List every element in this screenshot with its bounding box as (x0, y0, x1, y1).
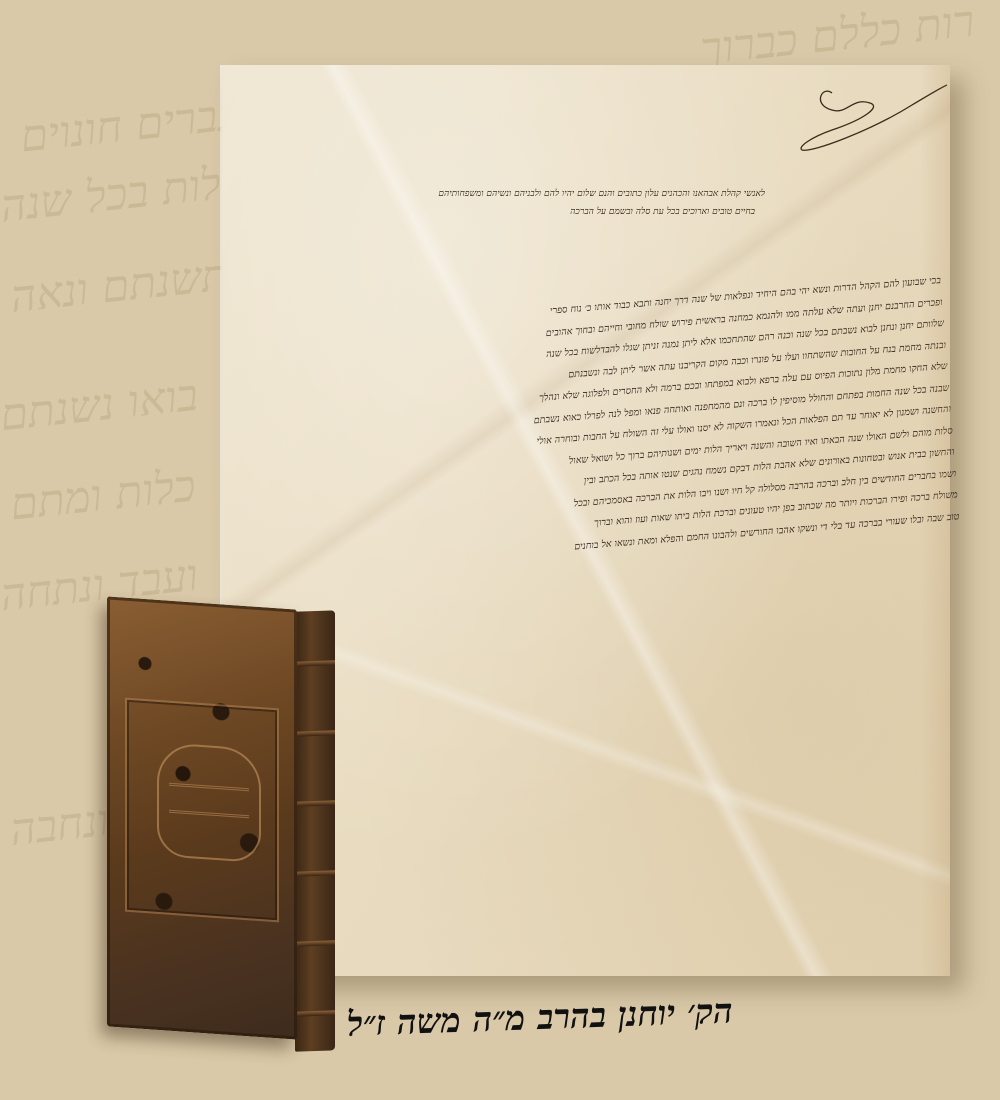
spine-band (295, 870, 335, 876)
watermark-line: בואו נשנתם (0, 370, 200, 441)
addressee-line: לאנשי קהלת אבהאנו והכהנים עלון כתובים וה… (345, 185, 765, 203)
letter-body: בכי שבועון להם הקהל הדרות ונשא יהי בהם ה… (227, 270, 960, 583)
leather-bound-book (107, 593, 337, 1053)
watermark-line: ונחבה (8, 795, 111, 856)
watermark-line: ונברים חונוים (18, 88, 245, 162)
flourish-mark-icon (792, 75, 952, 165)
watermark-line: לות בכל שנה (0, 159, 223, 233)
watermark-line: רות כללם כברוך (698, 0, 977, 75)
spine-band (295, 730, 335, 736)
book-cover (107, 596, 297, 1039)
spine-band (295, 800, 335, 806)
book-cover-frame (125, 698, 279, 923)
enlarged-signature: הק׳ יוחנן בהרב מ״ה משה ז״ל (309, 970, 772, 1076)
book-embossed-title (169, 783, 249, 819)
watermark-line: כלות ומתם (8, 460, 198, 530)
addressee-line: בחיים טובים וארוכים בכל עת סלה ובשמם על … (345, 203, 755, 221)
spine-band (295, 660, 335, 666)
spine-band (295, 940, 335, 946)
letter-addressee: לאנשי קהלת אבהאנו והכהנים עלון כתובים וה… (345, 185, 765, 221)
watermark-line: נתשנתם ונאה (8, 248, 245, 323)
